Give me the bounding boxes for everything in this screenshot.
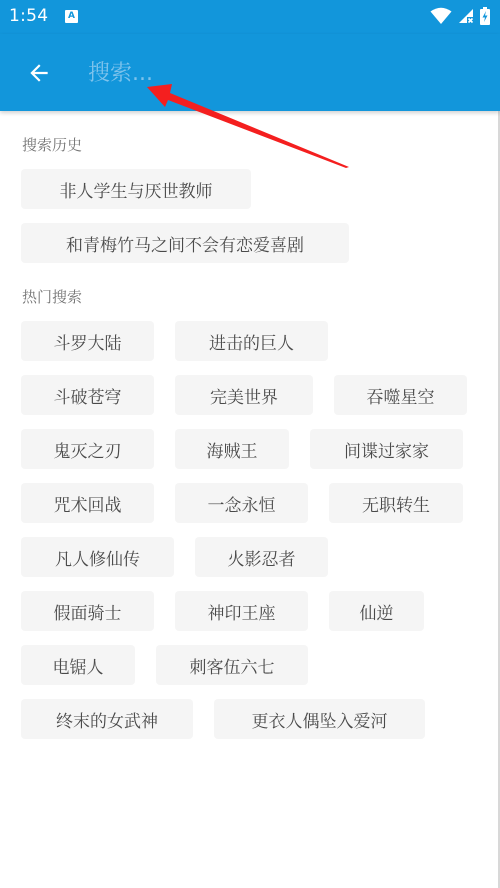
back-button[interactable] — [20, 54, 58, 92]
search-app-bar — [0, 34, 500, 111]
history-chip[interactable]: 和青梅竹马之间不会有恋爱喜剧 — [21, 223, 349, 263]
search-input[interactable] — [88, 54, 468, 92]
status-time: 1:54 — [9, 6, 48, 26]
hot-search-chip[interactable]: 斗罗大陆 — [21, 321, 154, 361]
hot-search-chip[interactable]: 刺客伍六七 — [156, 645, 308, 685]
hot-search-chip[interactable]: 神印王座 — [175, 591, 308, 631]
hot-search-chip[interactable]: 斗破苍穹 — [21, 375, 154, 415]
hot-search-chip[interactable]: 进击的巨人 — [175, 321, 328, 361]
hot-search-chip[interactable]: 仙逆 — [329, 591, 424, 631]
battery-charging-icon — [480, 7, 490, 25]
signal-no-service-icon — [458, 8, 474, 24]
hot-search-chip[interactable]: 间谍过家家 — [310, 429, 463, 469]
hot-search-chip[interactable]: 火影忍者 — [195, 537, 328, 577]
search-history-label: 搜索历史 — [22, 134, 82, 155]
history-chip[interactable]: 非人学生与厌世教师 — [21, 169, 251, 209]
arrow-left-icon — [26, 60, 52, 86]
hot-search-chip[interactable]: 无职转生 — [329, 483, 463, 523]
hot-search-chip[interactable]: 凡人修仙传 — [21, 537, 174, 577]
wifi-icon — [430, 7, 452, 25]
hot-search-chip[interactable]: 鬼灭之刃 — [21, 429, 154, 469]
search-screen: 1:54 A 搜索历史 非人学生与厌世教师 和青梅竹马之间不会有恋爱喜剧 热门搜… — [0, 0, 500, 888]
status-bar: 1:54 A — [0, 0, 500, 34]
hot-search-chip[interactable]: 假面骑士 — [21, 591, 154, 631]
keyboard-notification-icon: A — [65, 10, 78, 23]
hot-search-chip[interactable]: 电锯人 — [21, 645, 135, 685]
status-icons — [430, 6, 490, 26]
hot-search-chip[interactable]: 一念永恒 — [175, 483, 308, 523]
hot-search-chip[interactable]: 完美世界 — [175, 375, 313, 415]
hot-search-chip[interactable]: 海贼王 — [175, 429, 289, 469]
hot-search-chip[interactable]: 终末的女武神 — [21, 699, 193, 739]
hot-search-chip[interactable]: 吞噬星空 — [334, 375, 467, 415]
hot-search-chip[interactable]: 咒术回战 — [21, 483, 154, 523]
hot-search-label: 热门搜索 — [22, 286, 82, 307]
hot-search-chip[interactable]: 更衣人偶坠入爱河 — [214, 699, 425, 739]
